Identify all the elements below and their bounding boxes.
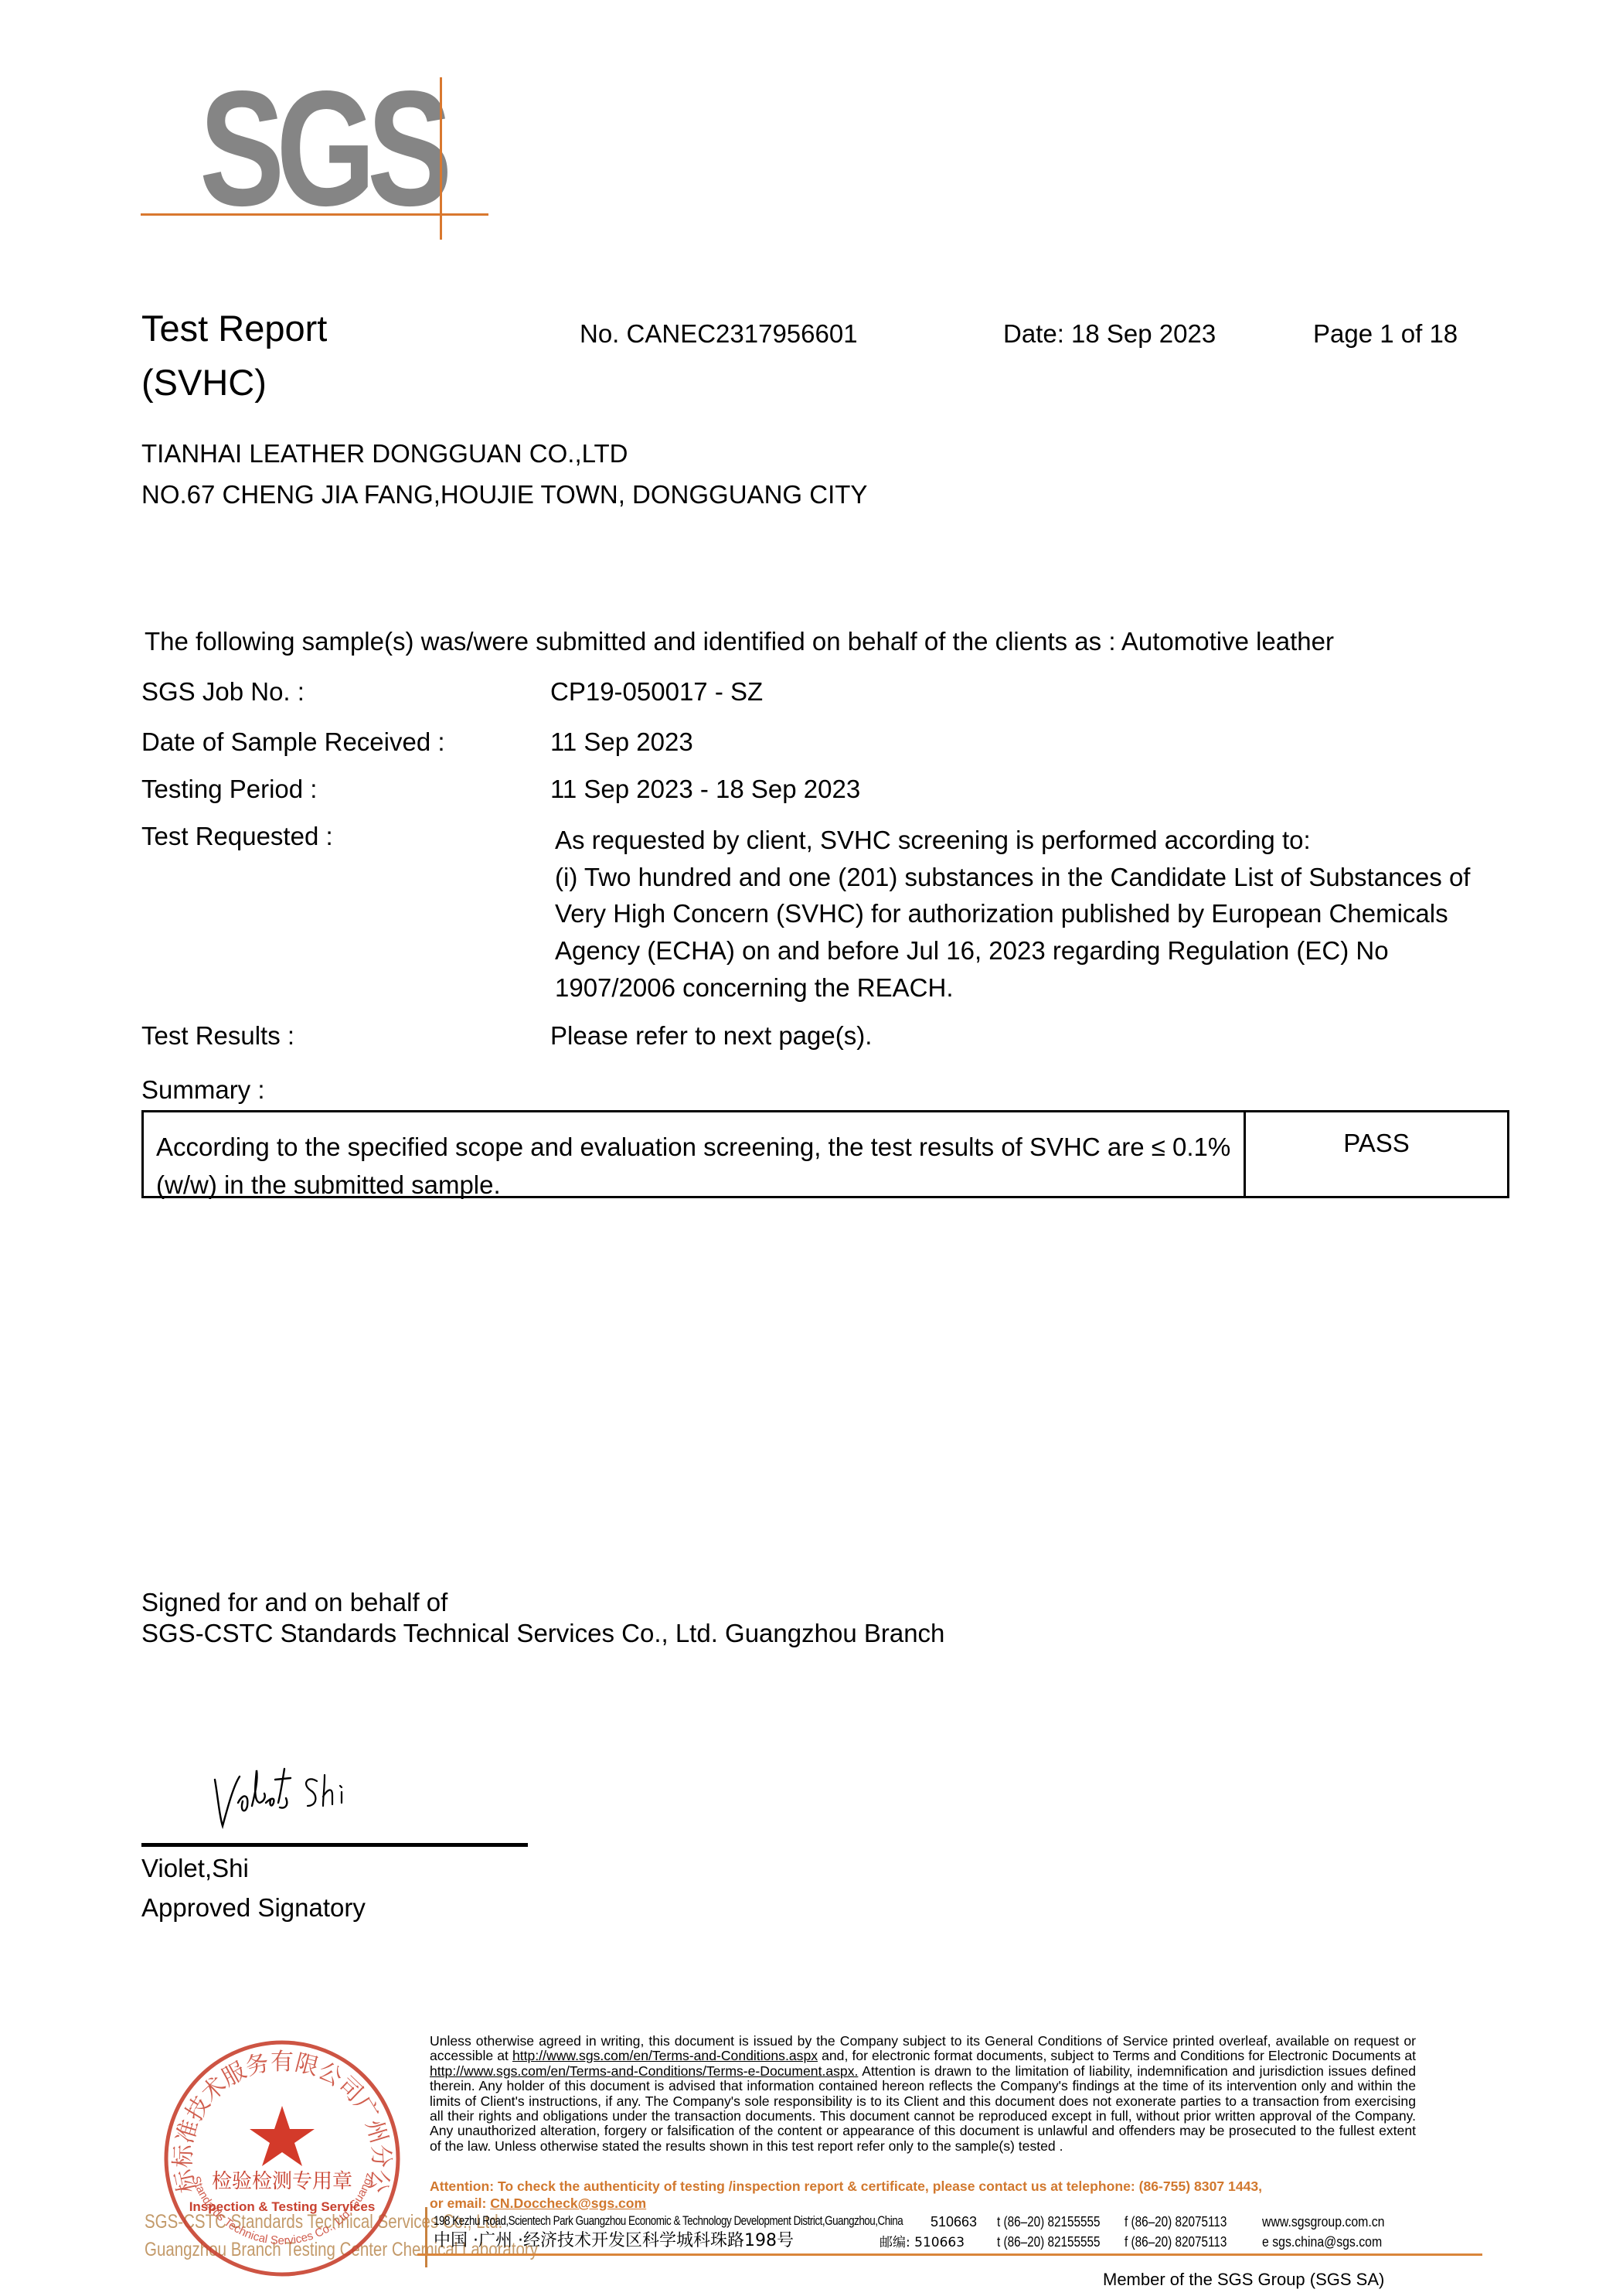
client-name: TIANHAI LEATHER DONGGUAN CO.,LTD [141,439,628,468]
fax: f (86–20) 82075113 [1125,2233,1227,2250]
field-label-test-requested: Test Requested : [141,822,333,851]
address-chinese: 中国 ·广州 ·经济技术开发区科学城科珠路198号 [434,2233,794,2250]
address-english: 198 Kezhu Road,Scientech Park Guangzhou … [434,2213,903,2230]
disclaimer-text: and, for electronic format documents, su… [818,2048,1416,2063]
test-requested-line: As requested by client, SVHC screening i… [555,826,1311,855]
authenticity-email-line: or email: CN.Doccheck@sgs.com [430,2196,646,2211]
field-value-testing-period: 11 Sep 2023 - 18 Sep 2023 [550,775,860,804]
report-subtitle: (SVHC) [141,362,267,404]
field-value-job-no: CP19-050017 - SZ [550,677,763,707]
signoff-line1: Signed for and on behalf of [141,1588,447,1617]
logo-horizontal-rule [141,213,488,216]
signature-image [209,1763,379,1832]
test-requested-line: Very High Concern (SVHC) for authorizati… [555,899,1448,928]
test-requested-line: (i) Two hundred and one (201) substances… [555,863,1470,892]
summary-label: Summary : [141,1075,265,1105]
website-link[interactable]: www.sgsgroup.com.cn [1262,2213,1384,2230]
signatory-role: Approved Signatory [141,1893,366,1923]
address-horizontal-rule [417,2253,1482,2256]
logo-vertical-rule [440,77,442,240]
terms-link[interactable]: http://www.sgs.com/en/Terms-and-Conditio… [512,2048,818,2063]
client-address: NO.67 CHENG JIA FANG,HOUJIE TOWN, DONGGU… [141,480,867,509]
legal-disclaimer: Unless otherwise agreed in writing, this… [430,2034,1416,2154]
email-link[interactable]: e sgs.china@sgs.com [1262,2233,1382,2250]
e-document-terms-link[interactable]: http://www.sgs.com/en/Terms-and-Conditio… [430,2063,858,2079]
member-of-sgs-group: Member of the SGS Group (SGS SA) [1103,2270,1384,2290]
signatory-name: Violet,Shi [141,1854,249,1883]
field-label-test-results: Test Results : [141,1021,294,1051]
test-requested-line: Agency (ECHA) on and before Jul 16, 2023… [555,936,1389,966]
authenticity-notice: Attention: To check the authenticity of … [430,2178,1262,2194]
doccheck-email-link[interactable]: CN.Doccheck@sgs.com [490,2196,646,2211]
sample-intro: The following sample(s) was/were submitt… [145,627,1334,656]
fax: f (86–20) 82075113 [1125,2213,1227,2230]
page-indicator: Page 1 of 18 [1313,319,1458,349]
signoff-line2: SGS-CSTC Standards Technical Services Co… [141,1619,944,1648]
stamp-center-cn: 检验检测专用章 [212,2170,352,2193]
sgs-logo-text: SGS [199,66,444,230]
signature-line [141,1843,528,1847]
field-value-test-results: Please refer to next page(s). [550,1021,872,1051]
summary-table: According to the specified scope and eva… [141,1110,1509,1198]
field-label-job-no: SGS Job No. : [141,677,305,707]
report-date: Date: 18 Sep 2023 [1003,319,1216,349]
telephone: t (86–20) 82155555 [997,2233,1101,2250]
telephone: t (86–20) 82155555 [997,2213,1101,2230]
report-number: No. CANEC2317956601 [580,319,858,349]
field-label-date-received: Date of Sample Received : [141,727,445,757]
official-stamp: 通标标准技术服务有限公司广州分公司 检验检测专用章 Inspection & T… [158,2035,406,2282]
summary-result: PASS [1246,1128,1507,1159]
test-requested-line: 1907/2006 concerning the REACH. [555,973,954,1003]
postcode-chinese: 邮编: 510663 [880,2234,965,2251]
field-label-testing-period: Testing Period : [141,775,317,804]
postcode-english: 510663 [931,2213,977,2230]
report-title: Test Report [141,308,327,349]
email-prefix: or email: [430,2196,490,2211]
field-value-date-received: 11 Sep 2023 [550,727,693,757]
summary-text: According to the specified scope and eva… [156,1128,1234,1204]
address-vertical-rule [425,2207,427,2267]
